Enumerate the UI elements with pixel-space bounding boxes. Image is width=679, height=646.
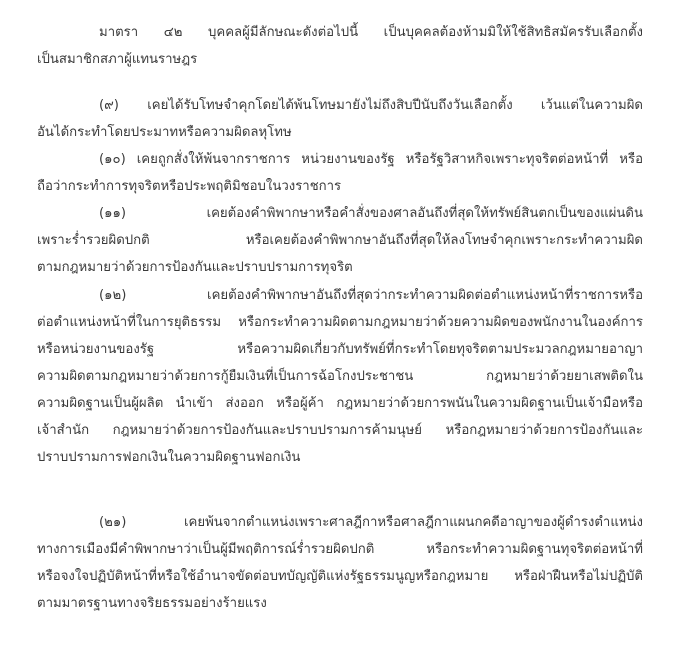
clause-21-line-1: (๒๑) เคยพ้นจากตำแหน่งเพราะศาลฎีกาหรือศาล… <box>99 509 643 536</box>
clause-21-line-2: ทางการเมืองมีคำพิพากษาว่าเป็นผู้มีพฤติกา… <box>37 536 643 563</box>
section-heading-line-1: มาตรา ๔๒ บุคคลผู้มีลักษณะดังต่อไปนี้ เป็… <box>99 19 643 46</box>
clause-9-line-2: อันได้กระทำโดยประมาทหรือความผิดลหุโทษ <box>37 119 643 146</box>
clause-21-line-4: ตามมาตรฐานทางจริยธรรมอย่างร้ายแรง <box>37 590 643 617</box>
clause-21-line-3: หรือจงใจปฏิบัติหน้าที่หรือใช้อำนาจขัดต่อ… <box>37 563 643 590</box>
clause-10-line-2: ถือว่ากระทำการทุจริตหรือประพฤติมิชอบในวง… <box>37 173 643 200</box>
clause-11-line-2: เพราะร่ำรวยผิดปกติ หรือเคยต้องคำพิพากษาอ… <box>37 227 643 254</box>
clause-12-line-1: (๑๒) เคยต้องคำพิพากษาอันถึงที่สุดว่ากระท… <box>99 282 643 309</box>
clause-12-line-4: ความผิดตามกฎหมายว่าด้วยการกู้ยืมเงินที่เ… <box>37 363 643 390</box>
clause-12-line-5: ความผิดฐานเป็นผู้ผลิต นำเข้า ส่งออก หรือ… <box>37 390 643 417</box>
clause-9-line-1: (๙) เคยได้รับโทษจำคุกโดยได้พ้นโทษมายังไม… <box>99 92 643 119</box>
section-heading-line-2: เป็นสมาชิกสภาผู้แทนราษฎร <box>37 46 643 73</box>
clause-12-line-7: ปราบปรามการฟอกเงินในความผิดฐานฟอกเงิน <box>37 444 643 471</box>
clause-11-line-3: ตามกฎหมายว่าด้วยการป้องกันและปราบปรามการ… <box>37 254 643 281</box>
clause-10-line-1: (๑๐) เคยถูกสั่งให้พ้นจากราชการ หน่วยงานข… <box>99 146 643 173</box>
clause-12-line-2: ต่อตำแหน่งหน้าที่ในการยุติธรรม หรือกระทำ… <box>37 309 643 336</box>
document-page: มาตรา ๔๒ บุคคลผู้มีลักษณะดังต่อไปนี้ เป็… <box>0 0 679 646</box>
clause-12-line-3: หรือหน่วยงานของรัฐ หรือความผิดเกี่ยวกับท… <box>37 336 643 363</box>
clause-12-line-6: เจ้าสำนัก กฎหมายว่าด้วยการป้องกันและปราบ… <box>37 417 643 444</box>
clause-11-line-1: (๑๑) เคยต้องคำพิพากษาหรือคำสั่งของศาลอัน… <box>99 200 643 227</box>
